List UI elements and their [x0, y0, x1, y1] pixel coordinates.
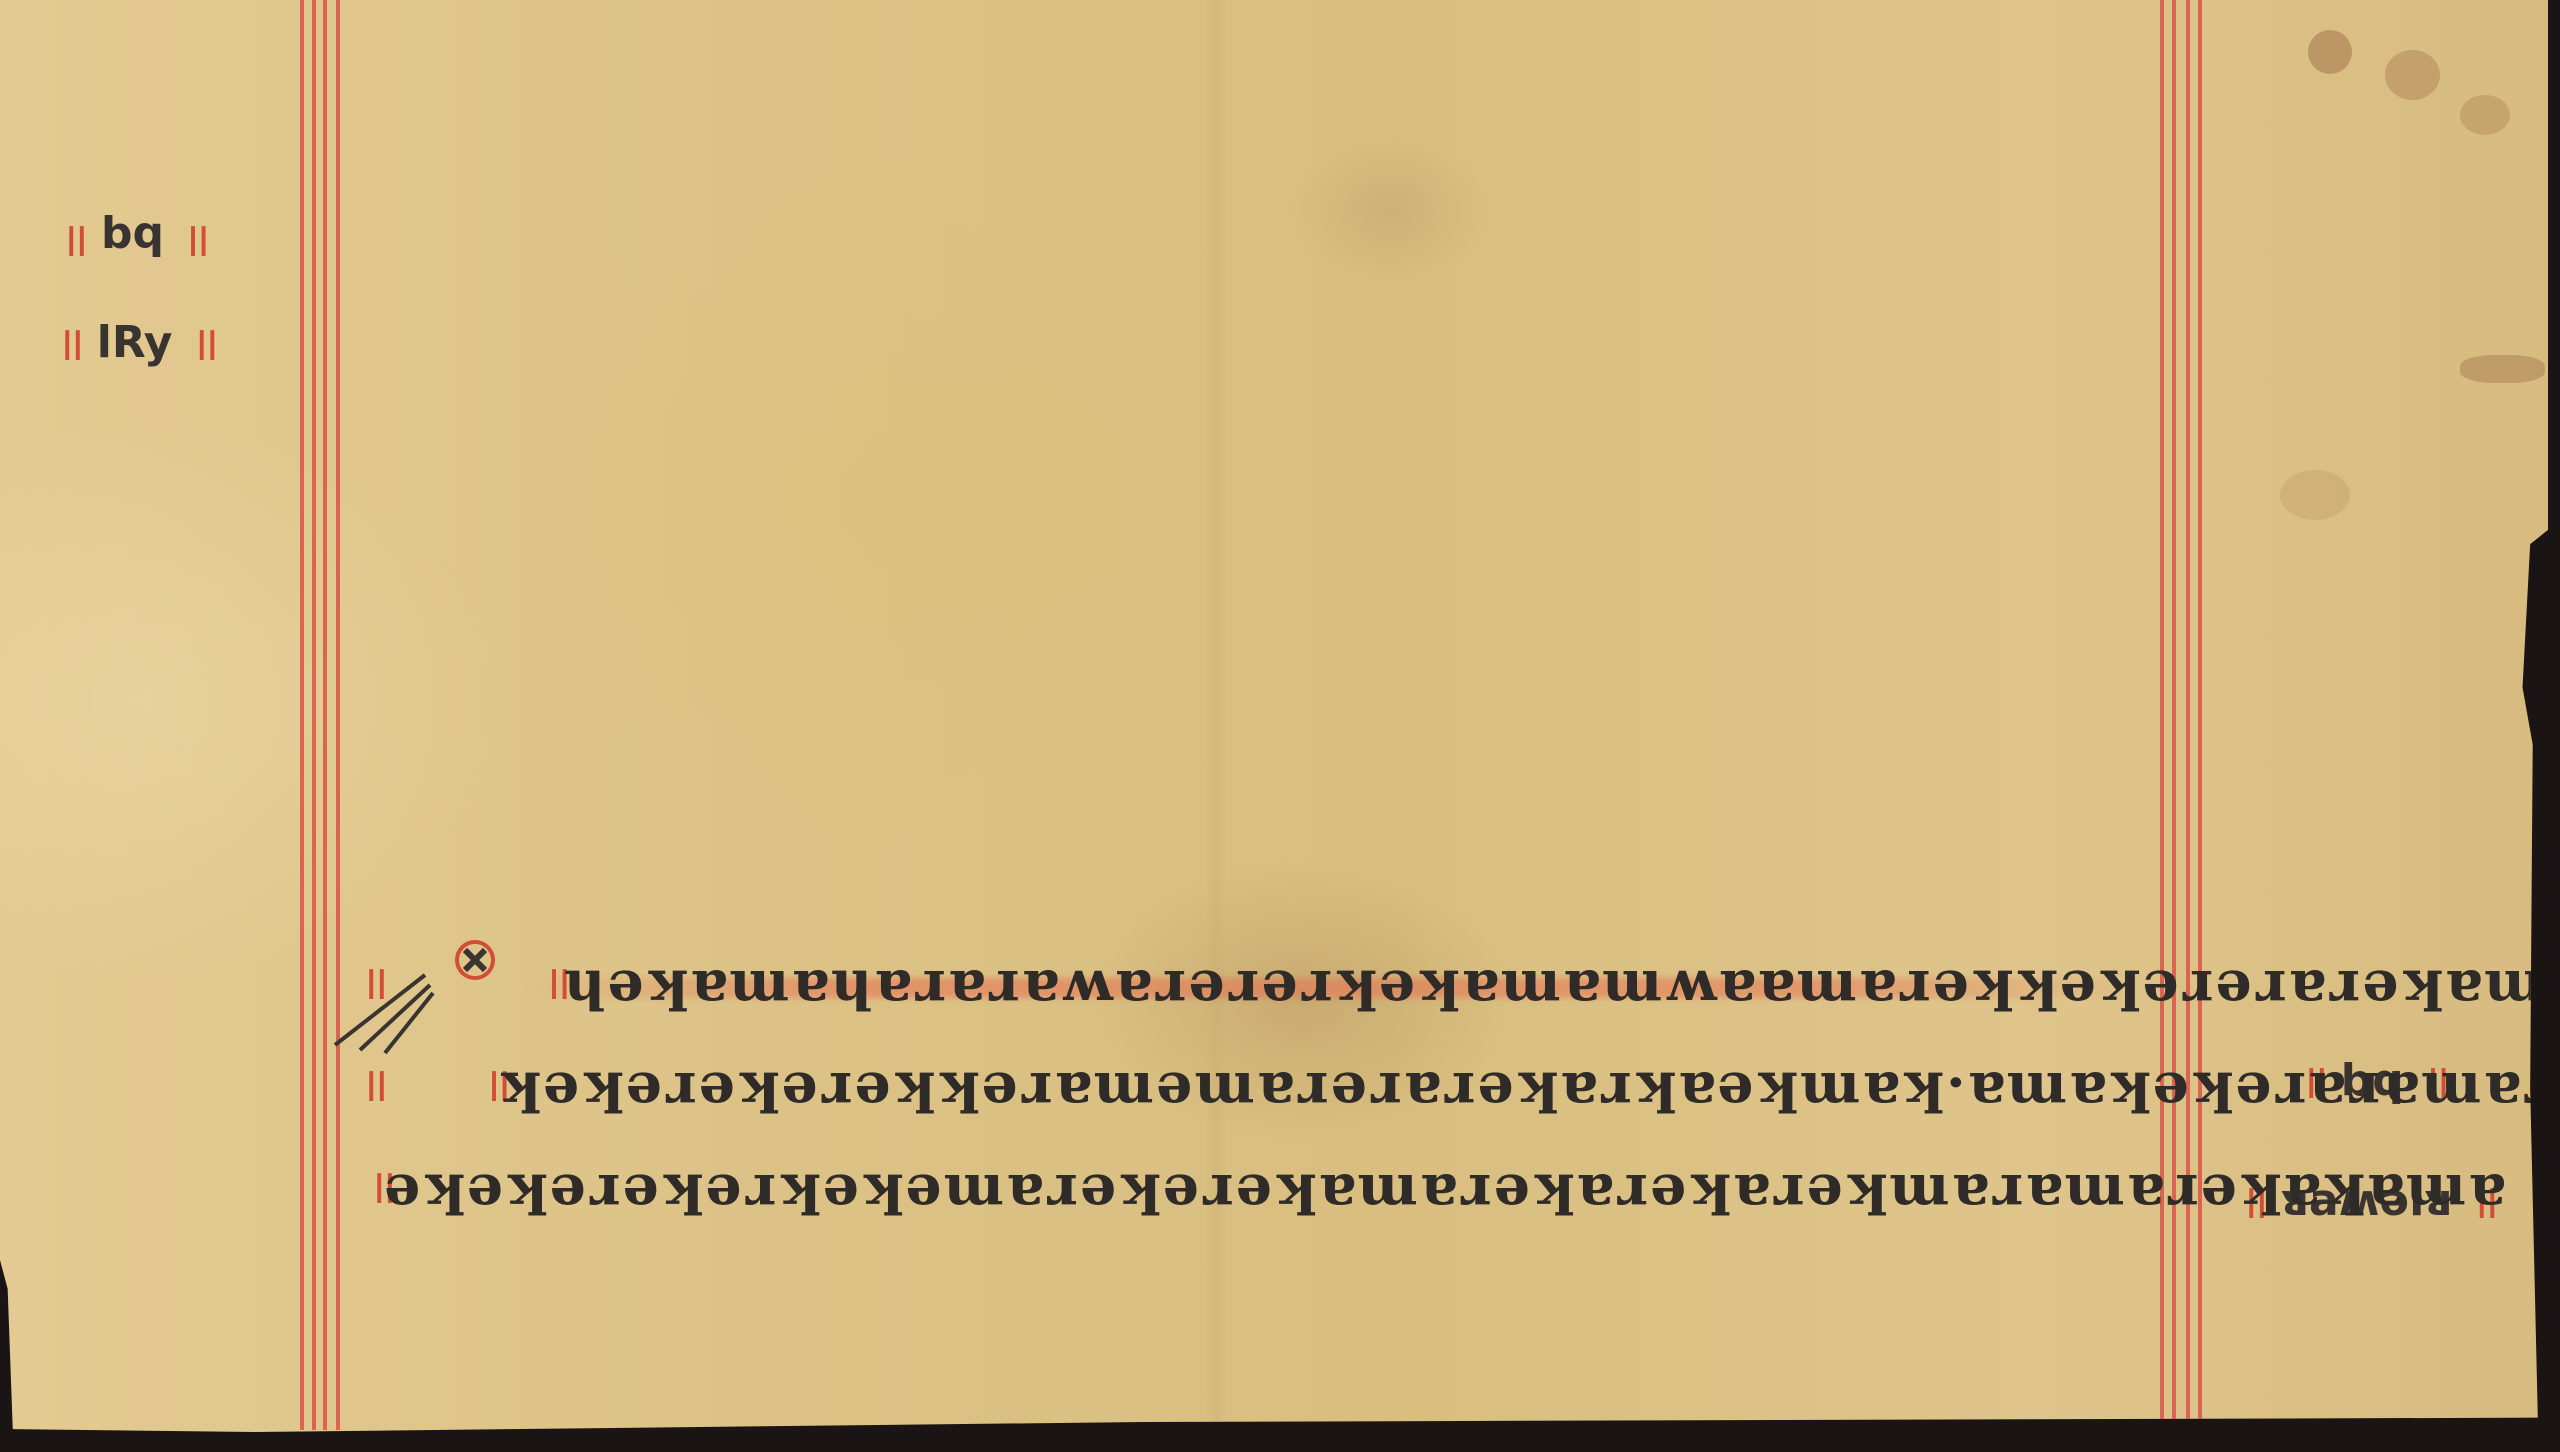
left-folio-number: ॥ bq ॥: [60, 206, 205, 271]
stain: [2385, 50, 2440, 100]
text-line-2: ॥ ॥ ʞǝʞǝɹǝʞǝɹǝʞʞǝɹɐɯǝɯɐɹǝɹɐɹǝʞɐɹʞɐǝʞɯɐʞ·…: [360, 1050, 2560, 1116]
stain: [2280, 470, 2350, 520]
folio-number-glyph: bq: [101, 213, 164, 264]
stain: [2460, 95, 2510, 135]
left-ruling-line: [300, 0, 304, 1430]
left-ruling-line: [323, 0, 327, 1430]
title-abbrev-glyph: lRy: [97, 317, 173, 368]
text-line-3: ॥ ǝʞǝʞǝɹǝʞǝɹʞǝʞǝɯɐɹǝʞǝɹǝʞɐɯɐɹǝʞɐɹǝʞɐɹǝʞɯ…: [368, 1152, 2486, 1218]
stain: [2308, 30, 2352, 74]
left-title-abbrev: ॥ lRy ॥: [56, 310, 213, 375]
stain: [2460, 355, 2545, 383]
left-ruling-line: [336, 0, 340, 1430]
text-line-1: ॥ ॥ ɥǝʞɐɯɐɥɐɹɐɹɐʍɐɹǝɹǝɹʞǝʞɐɯɐɯʍɐɐɯɐɹǝʞʞǝ…: [360, 948, 2560, 1014]
manuscript-folio: ॥ bq ॥ ॥ lRy ॥ ॥ bq ॥ ॥ ᴚaʍǝlᴚ ॥ ॥ ॥ ɥǝʞ…: [0, 0, 2548, 1432]
left-ruling-line: [312, 0, 316, 1430]
